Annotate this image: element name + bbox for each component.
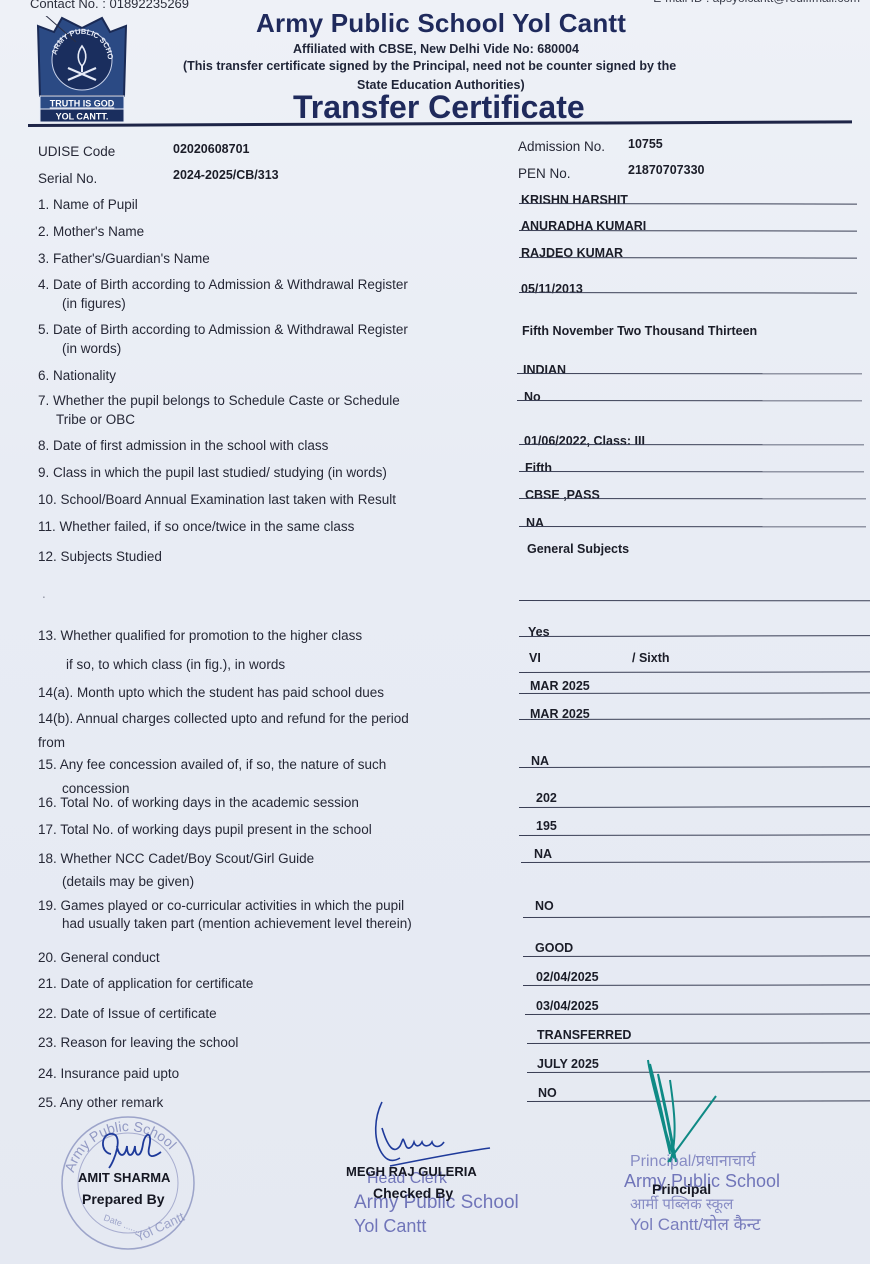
field-label: 19. Games played or co-curricular activi… <box>38 898 404 913</box>
checked-by-label: Checked By <box>373 1185 453 1201</box>
field-label-continued: had usually taken part (mention achievem… <box>62 916 412 931</box>
field-underline <box>519 766 870 768</box>
field-label: 3. Father's/Guardian's Name <box>38 251 210 266</box>
field-value: NA <box>534 847 552 861</box>
field-label-continued: concession <box>62 781 130 796</box>
header-divider <box>28 120 852 127</box>
field-label: if so, to which class (in fig.), in word… <box>66 657 285 672</box>
field-underline <box>523 955 870 957</box>
field-value: TRANSFERRED <box>537 1028 631 1042</box>
field-underline <box>519 718 870 720</box>
field-underline <box>519 471 864 472</box>
field-label: 25. Any other remark <box>38 1095 163 1110</box>
field-underline <box>523 916 870 918</box>
field-value: NA <box>531 754 549 768</box>
field-label: 9. Class in which the pupil last studied… <box>38 465 387 480</box>
principal-stamp-hindi: आर्मी पब्लिक स्कूल <box>630 1194 733 1214</box>
field-label: 21. Date of application for certificate <box>38 976 253 991</box>
field-label: 18. Whether NCC Cadet/Boy Scout/Girl Gui… <box>38 851 314 866</box>
field-value: Fifth <box>525 461 552 475</box>
signature-principal-icon <box>640 1058 730 1178</box>
field-underline <box>519 526 866 527</box>
field-label-continued: from <box>38 735 65 750</box>
field-label: 17. Total No. of working days pupil pres… <box>38 822 372 837</box>
field-underline <box>519 635 870 637</box>
field-value: NO <box>535 899 554 913</box>
field-value: KRISHN HARSHIT <box>521 193 628 207</box>
signature-note-line1: (This transfer certificate signed by the… <box>183 59 676 73</box>
pen-label: PEN No. <box>518 166 571 181</box>
field-value: VI <box>529 651 541 665</box>
field-label: 22. Date of Issue of certificate <box>38 1006 217 1021</box>
field-value-words: / Sixth <box>632 651 670 665</box>
field-label: 15. Any fee concession availed of, if so… <box>38 757 386 772</box>
field-value: 202 <box>536 791 557 805</box>
field-label-continued: (in words) <box>62 341 121 356</box>
field-underline <box>519 834 870 836</box>
field-value: JULY 2025 <box>537 1057 599 1071</box>
serial-value: 2024-2025/CB/313 <box>173 168 279 182</box>
field-label: 8. Date of first admission in the school… <box>38 438 328 453</box>
field-label: 5. Date of Birth according to Admission … <box>38 322 408 337</box>
svg-text:YOL CANTT.: YOL CANTT. <box>56 112 109 122</box>
field-underline <box>527 1042 870 1044</box>
field-value: General Subjects <box>527 542 629 556</box>
school-name: Army Public School Yol Cantt <box>256 8 626 39</box>
field-label: 14(b). Annual charges collected upto and… <box>38 711 409 726</box>
field-underline <box>525 1013 870 1015</box>
field-value: 05/11/2013 <box>521 282 583 296</box>
field-underline <box>519 671 870 673</box>
field-label: 7. Whether the pupil belongs to Schedule… <box>38 393 400 408</box>
field-value: 03/04/2025 <box>536 999 599 1013</box>
principal-stamp-location: Yol Cantt/योल कैन्ट <box>630 1212 761 1235</box>
prepared-by-name: AMIT SHARMA <box>78 1170 170 1185</box>
admission-label: Admission No. <box>518 139 605 154</box>
field-value: Fifth November Two Thousand Thirteen <box>522 324 757 338</box>
field-underline <box>523 984 870 986</box>
email-address: E-mail ID : apsyolcantt@rediffmail.com <box>653 0 860 5</box>
field-label: 11. Whether failed, if so once/twice in … <box>38 519 354 534</box>
field-label: 24. Insurance paid upto <box>38 1066 179 1081</box>
stray-mark: . <box>42 586 46 601</box>
svg-text:TRUTH IS GOD: TRUTH IS GOD <box>50 99 115 109</box>
field-value: GOOD <box>535 941 573 955</box>
field-value: 01/06/2022, Class: III <box>524 434 645 448</box>
serial-label: Serial No. <box>38 171 97 186</box>
field-value: CBSE ,PASS <box>525 488 600 502</box>
field-underline <box>519 600 870 601</box>
school-crest-icon: ARMY PUBLIC SCHOOL TRUTH IS GOD YOL CANT… <box>32 16 132 124</box>
field-label: 10. School/Board Annual Examination last… <box>38 492 396 507</box>
pen-value: 21870707330 <box>628 163 704 177</box>
principal-label: Principal <box>652 1181 711 1197</box>
affiliation-text: Affiliated with CBSE, New Delhi Vide No:… <box>293 42 579 56</box>
field-label-continued: (in figures) <box>62 296 126 311</box>
field-value: NA <box>526 516 544 530</box>
field-value: No <box>524 390 541 404</box>
prepared-by-label: Prepared By <box>82 1191 164 1207</box>
field-label: 2. Mother's Name <box>38 224 144 239</box>
field-label: 14(a). Month upto which the student has … <box>38 685 384 700</box>
field-label: 20. General conduct <box>38 950 160 965</box>
signature-amit-sharma-icon <box>95 1128 175 1174</box>
field-label: 1. Name of Pupil <box>38 197 138 212</box>
field-label-continued: (details may be given) <box>62 874 194 889</box>
field-label: 6. Nationality <box>38 368 116 383</box>
field-underline <box>521 861 870 863</box>
contact-number: Contact No. : 01892235269 <box>30 0 189 11</box>
field-value: INDIAN <box>523 363 566 377</box>
admission-value: 10755 <box>628 137 663 151</box>
checked-stamp-location: Yol Cantt <box>354 1216 426 1237</box>
field-value: 195 <box>536 819 557 833</box>
udise-label: UDISE Code <box>38 144 115 159</box>
field-label: 4. Date of Birth according to Admission … <box>38 277 408 292</box>
field-label: 13. Whether qualified for promotion to t… <box>38 628 362 643</box>
field-underline <box>519 692 870 694</box>
certificate-title: Transfer Certificate <box>293 89 585 126</box>
field-underline <box>517 400 862 401</box>
field-label: 23. Reason for leaving the school <box>38 1035 238 1050</box>
field-value: 02/04/2025 <box>536 970 599 984</box>
field-label: 16. Total No. of working days in the aca… <box>38 795 359 810</box>
udise-value: 02020608701 <box>173 142 249 156</box>
field-label: 12. Subjects Studied <box>38 549 162 564</box>
checked-by-name: MEGH RAJ GULERIA <box>346 1164 477 1179</box>
field-label-continued: Tribe or OBC <box>56 412 135 427</box>
field-underline <box>517 373 862 374</box>
field-value: MAR 2025 <box>530 679 590 693</box>
field-underline <box>519 806 870 808</box>
field-value: NO <box>538 1086 557 1100</box>
